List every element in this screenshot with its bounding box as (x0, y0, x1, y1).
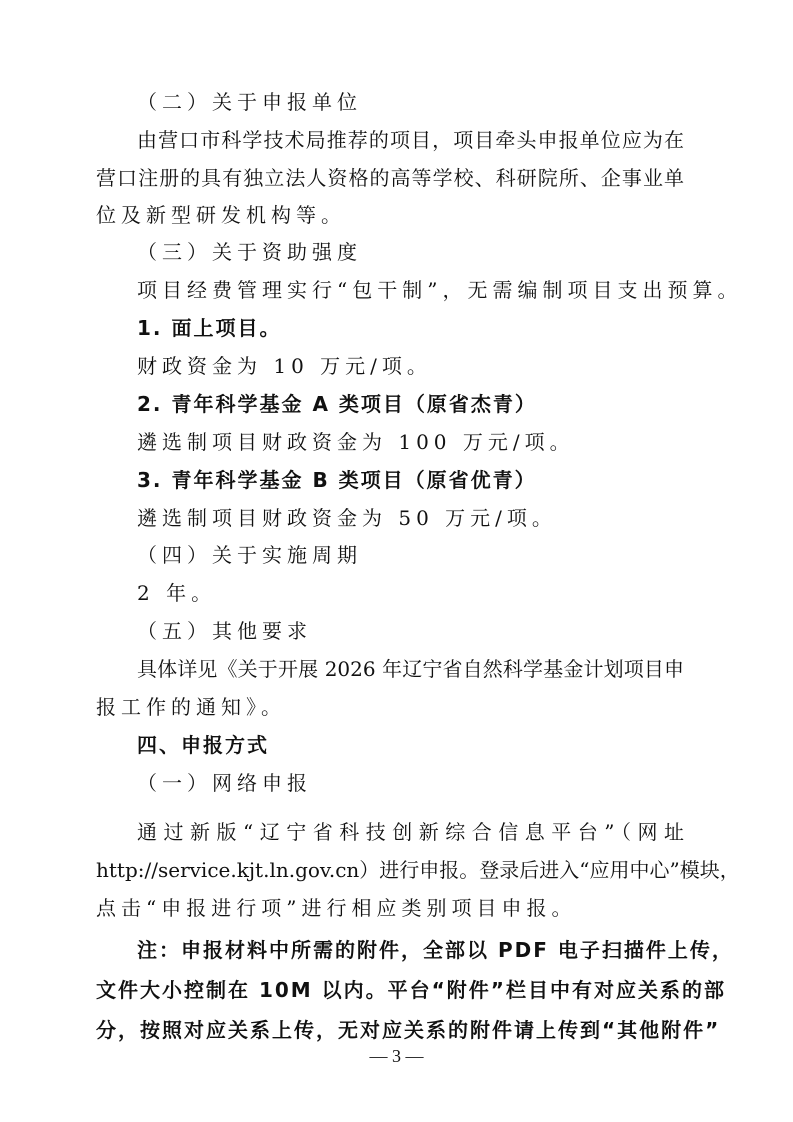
heading-line: 1. 面上项目。 (137, 314, 684, 342)
text-line: 报工作的通知》。 (96, 693, 684, 721)
text-line: 点击“申报进行项”进行相应类别项目申报。 (96, 894, 684, 922)
text-line: 通过新版“辽宁省科技创新综合信息平台”（网址 (137, 818, 684, 846)
text-line: 由营口市科学技术局推荐的项目，项目牵头申报单位应为在 (137, 126, 684, 154)
text-line: 财政资金为 10 万元/项。 (137, 352, 684, 380)
text-line: 项目经费管理实行“包干制”，无需编制项目支出预算。 (137, 276, 684, 304)
heading-line: 2. 青年科学基金 A 类项目（原省杰青） (137, 390, 684, 418)
text-line: 位及新型研发机构等。 (96, 201, 684, 229)
text-line: 营口注册的具有独立法人资格的高等学校、科研院所、企事业单 (96, 164, 684, 192)
heading-line: 四、申报方式 (137, 731, 684, 759)
text-line: http://service.kjt.ln.gov.cn）进行申报。登录后进入“… (96, 856, 684, 884)
heading-line: 注：申报材料中所需的附件，全部以 PDF 电子扫描件上传， (137, 936, 684, 964)
text-line: （一）网络申报 (137, 769, 684, 797)
heading-line: 3. 青年科学基金 B 类项目（原省优青） (137, 466, 684, 494)
text-line: （二）关于申报单位 (137, 88, 684, 116)
page-number: — 3 — (0, 1046, 793, 1067)
text-line: （五）其他要求 (137, 617, 684, 645)
text-line: 2 年。 (137, 579, 684, 607)
text-line: 遴选制项目财政资金为 100 万元/项。 (137, 428, 684, 456)
text-line: （四）关于实施周期 (137, 541, 684, 569)
heading-line: 文件大小控制在 10M 以内。平台“附件”栏目中有对应关系的部 (96, 976, 684, 1004)
text-line: 遴选制项目财政资金为 50 万元/项。 (137, 504, 684, 532)
text-line: （三）关于资助强度 (137, 238, 684, 266)
heading-line: 分，按照对应关系上传，无对应关系的附件请上传到“其他附件” (96, 1016, 684, 1044)
text-line: 具体详见《关于开展 2026 年辽宁省自然科学基金计划项目申 (137, 655, 684, 683)
